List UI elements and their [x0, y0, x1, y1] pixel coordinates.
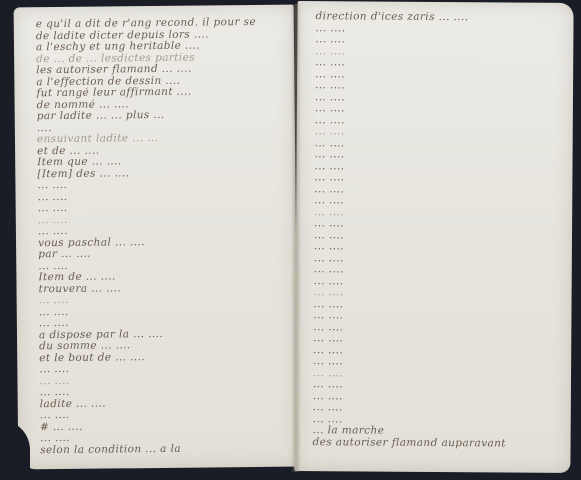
left-page-text: e qu'il a dit de r'ang recond. il pour s…: [14, 5, 299, 470]
manuscript-line: des autoriser flamand auparavant: [313, 437, 559, 450]
left-manuscript-page: e qu'il a dit de r'ang recond. il pour s…: [14, 5, 299, 470]
right-page-text: direction d'ices zaris ... ....... .....…: [294, 1, 573, 473]
right-manuscript-page: direction d'ices zaris ... ....... .....…: [294, 1, 573, 473]
manuscript-line: selon la condition ... a la: [40, 442, 284, 456]
book-gutter: [291, 4, 301, 472]
